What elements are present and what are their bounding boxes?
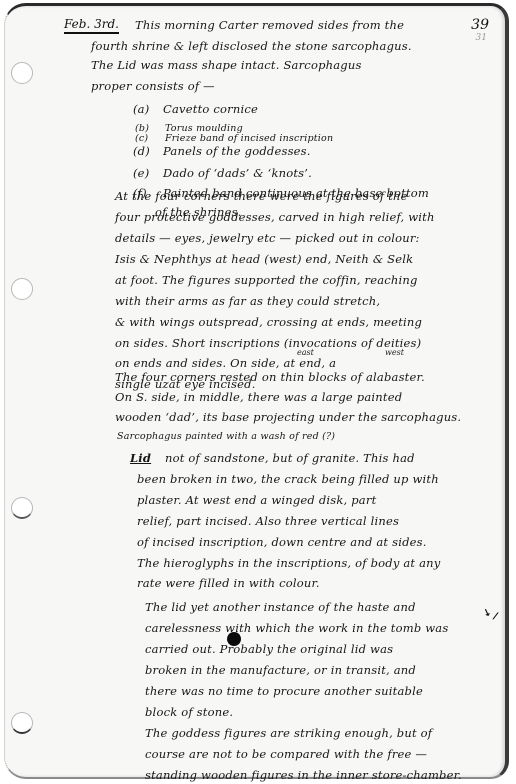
page-number: 39 bbox=[471, 18, 489, 32]
text-line: The goddess figures are striking enough,… bbox=[145, 726, 432, 740]
list-item: (a)Cavetto cornice bbox=[133, 102, 258, 116]
text-line: on sides. Short inscriptions (invocation… bbox=[115, 336, 421, 350]
notebook-page: 39 31 Feb. 3rd. This morning Carter remo… bbox=[4, 3, 509, 779]
binder-hole bbox=[11, 497, 33, 519]
text-line: with their arms as far as they could str… bbox=[115, 294, 380, 308]
text-line: standing wooden figures in the inner sto… bbox=[145, 768, 462, 782]
list-item: (e)Dado of ‘dads’ & ‘knots’. bbox=[133, 166, 312, 180]
text-line: relief, part incised. Also three vertica… bbox=[137, 514, 399, 528]
text-line: fourth shrine & left disclosed the stone… bbox=[91, 39, 412, 53]
ink-blot bbox=[227, 632, 241, 646]
text-line: block of stone. bbox=[145, 705, 233, 719]
text-line: at foot. The figures supported the coffi… bbox=[115, 273, 418, 287]
text-line: broken in the manufacture, or in transit… bbox=[145, 663, 416, 677]
text-line: wooden ‘dad’, its base projecting under … bbox=[115, 410, 461, 424]
text-line: The lid yet another instance of the hast… bbox=[145, 600, 416, 614]
binder-hole bbox=[11, 278, 33, 300]
text-line: carried out. Probably the original lid w… bbox=[145, 642, 393, 656]
section-lead: Lid bbox=[130, 451, 151, 465]
text-line: rate were filled in with colour. bbox=[137, 576, 320, 590]
text-line: The hieroglyphs in the inscriptions, of … bbox=[137, 556, 440, 570]
text-line: Sarcophagus painted with a wash of red (… bbox=[117, 431, 335, 442]
text-line: of incised inscription, down centre and … bbox=[137, 535, 427, 549]
list-label: (e) bbox=[133, 166, 163, 180]
text-line: course are not to be compared with the f… bbox=[145, 747, 427, 761]
text-line: carelessness with which the work in the … bbox=[145, 621, 448, 635]
text-line: On S. side, in middle, there was a large… bbox=[115, 390, 402, 404]
text-line: The Lid was mass shape intact. Sarcophag… bbox=[91, 58, 362, 72]
list-label: (a) bbox=[133, 102, 163, 116]
text-line: there was no time to procure another sui… bbox=[145, 684, 423, 698]
text-line: four protective goddesses, carved in hig… bbox=[115, 210, 435, 224]
text-line: plaster. At west end a winged disk, part bbox=[137, 493, 376, 507]
list-text: Panels of the goddesses. bbox=[163, 144, 311, 158]
text-line: & with wings outspread, crossing at ends… bbox=[115, 315, 422, 329]
list-item: (c)Frieze band of incised inscription bbox=[135, 133, 333, 144]
text-line: not of sandstone, but of granite. This h… bbox=[165, 451, 415, 465]
text-line: proper consists of — bbox=[91, 79, 215, 93]
text-line: Isis & Nephthys at head (west) end, Neit… bbox=[115, 252, 413, 266]
entry-date: Feb. 3rd. bbox=[64, 17, 119, 34]
text-line: This morning Carter removed sides from t… bbox=[135, 18, 404, 32]
list-text: Frieze band of incised inscription bbox=[165, 133, 333, 144]
inserted-word: west bbox=[385, 348, 404, 357]
list-label: (c) bbox=[135, 133, 165, 144]
text-line: The four corners rested on thin blocks o… bbox=[115, 370, 425, 384]
list-item: (d)Panels of the goddesses. bbox=[133, 144, 311, 158]
text-line: details — eyes, jewelry etc — picked out… bbox=[115, 231, 420, 245]
text-line: At the four corners there were the figur… bbox=[115, 189, 408, 203]
list-text: Cavetto cornice bbox=[163, 102, 258, 116]
text-line: been broken in two, the crack being fill… bbox=[137, 472, 439, 486]
list-label: (d) bbox=[133, 144, 163, 158]
text-line: on ends and sides. On side, at end, a bbox=[115, 356, 336, 370]
list-text: Dado of ‘dads’ & ‘knots’. bbox=[163, 166, 312, 180]
binder-hole bbox=[11, 712, 33, 734]
binder-hole bbox=[11, 62, 33, 84]
page-number-secondary: 31 bbox=[476, 33, 487, 43]
